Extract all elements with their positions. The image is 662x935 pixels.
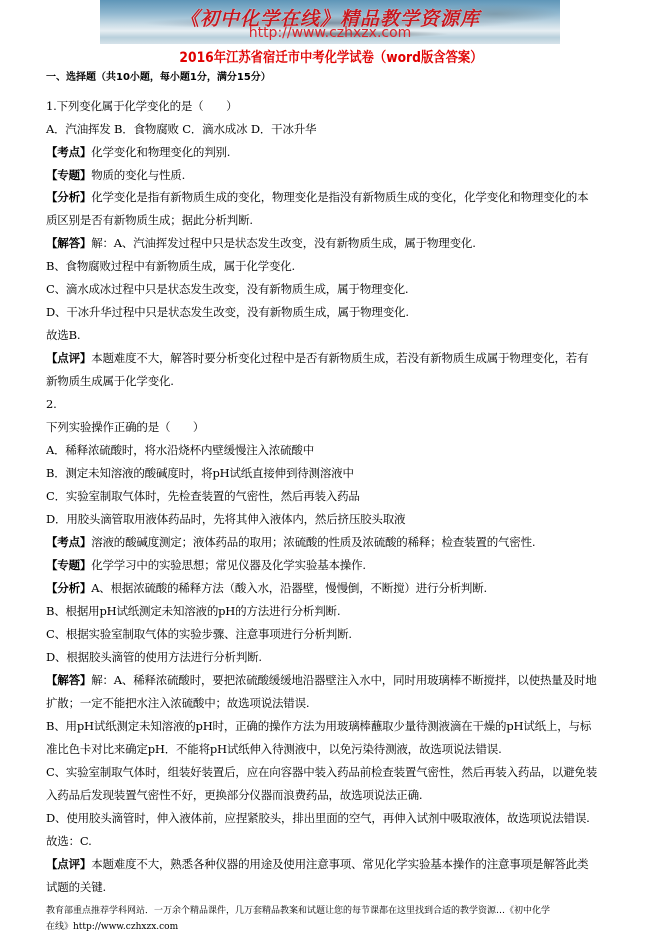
line-text: 2. <box>46 397 57 411</box>
site-banner: 《初中化学在线》精品教学资源库 http://www.czhxzx.com <box>100 0 560 44</box>
line-text: B、用pH试纸测定未知溶液的pH时，正确的操作方法为用玻璃棒蘸取少量待测液滴在干… <box>46 719 591 733</box>
section-tag: 【点评】 <box>46 857 91 871</box>
line-text: 化学变化是指有新物质生成的变化，物理变化是指没有新物质生成的变化，化学变化和物理… <box>91 190 588 204</box>
line-text: C、实验室制取气体时，组装好装置后，应在向容器中装入药品前检查装置气密性，然后再… <box>46 765 597 779</box>
section-tag: 【点评】 <box>46 351 91 365</box>
footer-line-2: 在线》http://www.czhxzx.com <box>46 920 626 934</box>
text-line: 1.下列变化属于化学变化的是（ ） <box>46 98 237 114</box>
line-text: 扩散；一定不能把水注入浓硫酸中；故选项说法错误. <box>46 696 309 710</box>
line-text: 1.下列变化属于化学变化的是（ ） <box>46 99 237 113</box>
document-title: 2016年江苏省宿迁市中考化学试卷（word版含答案） <box>40 47 623 67</box>
section-tag: 【专题】 <box>46 558 91 572</box>
text-line: 质区别是否有新物质生成；据此分析判断. <box>46 212 253 228</box>
text-line: D、干冰升华过程中只是状态发生改变，没有新物质生成，属于物理变化. <box>46 304 409 320</box>
text-line: 下列实验操作正确的是（ ） <box>46 419 204 435</box>
line-text: 故选B. <box>46 328 80 342</box>
line-text: 溶液的酸碱度测定；液体药品的取用；浓硫酸的性质及浓硫酸的稀释；检查装置的气密性. <box>91 535 535 549</box>
line-text: 解：A、汽油挥发过程中只是状态发生改变，没有新物质生成，属于物理变化. <box>91 236 475 250</box>
text-line: C、实验室制取气体时，组装好装置后，应在向容器中装入药品前检查装置气密性，然后再… <box>46 764 597 780</box>
text-line: 入药品后发现装置气密性不好，更换部分仪器而浪费药品，故选项说法正确. <box>46 787 422 803</box>
line-text: 本题难度不大，解答时要分析变化过程中是否有新物质生成，若没有新物质生成属于物理变… <box>91 351 588 365</box>
text-line: 故选B. <box>46 327 80 343</box>
line-text: C、滴水成冰过程中只是状态发生改变，没有新物质生成，属于物理变化. <box>46 282 408 296</box>
line-text: 本题难度不大，熟悉各种仪器的用途及使用注意事项、常见化学实验基本操作的注意事项是… <box>91 857 588 871</box>
text-line: 【分析】化学变化是指有新物质生成的变化，物理变化是指没有新物质生成的变化，化学变… <box>46 189 588 205</box>
line-text: D、根据胶头滴管的使用方法进行分析判断. <box>46 650 262 664</box>
text-line: 【点评】本题难度不大，解答时要分析变化过程中是否有新物质生成，若没有新物质生成属… <box>46 350 588 366</box>
line-text: 新物质生成属于化学变化. <box>46 374 174 388</box>
text-line: 故选：C. <box>46 833 92 849</box>
section-tag: 【专题】 <box>46 168 91 182</box>
text-line: 扩散；一定不能把水注入浓硫酸中；故选项说法错误. <box>46 695 309 711</box>
section-tag: 【解答】 <box>46 673 91 687</box>
line-text: 准比色卡对比来确定pH．不能将pH试纸伸入待测液中，以免污染待测液，故选项说法错… <box>46 742 502 756</box>
text-line: D、使用胶头滴管时，伸入液体前，应捏紧胶头，排出里面的空气，再伸入试剂中吸取液体… <box>46 810 590 826</box>
line-text: 下列实验操作正确的是（ ） <box>46 420 204 434</box>
section-tag: 【分析】 <box>46 581 91 595</box>
section-tag: 【考点】 <box>46 145 91 159</box>
text-line: C、滴水成冰过程中只是状态发生改变，没有新物质生成，属于物理变化. <box>46 281 408 297</box>
text-line: B、食物腐败过程中有新物质生成，属于化学变化. <box>46 258 295 274</box>
line-text: 故选：C. <box>46 834 92 848</box>
line-text: 物质的变化与性质. <box>91 168 185 182</box>
text-line: 【分析】A、根据浓硫酸的稀释方法（酸入水，沿器壁，慢慢倒，不断搅）进行分析判断. <box>46 580 487 596</box>
text-line: B、用pH试纸测定未知溶液的pH时，正确的操作方法为用玻璃棒蘸取少量待测液滴在干… <box>46 718 591 734</box>
line-text: 质区别是否有新物质生成；据此分析判断. <box>46 213 253 227</box>
line-text: C．实验室制取气体时，先检查装置的气密性，然后再装入药品 <box>46 489 360 503</box>
line-text: B、食物腐败过程中有新物质生成，属于化学变化. <box>46 259 295 273</box>
text-line: 【专题】化学学习中的实验思想；常见仪器及化学实验基本操作. <box>46 557 366 573</box>
text-line: 【点评】本题难度不大，熟悉各种仪器的用途及使用注意事项、常见化学实验基本操作的注… <box>46 856 588 872</box>
line-text: A．汽油挥发 B．食物腐败 C．滴水成冰 D．干冰升华 <box>46 122 316 136</box>
line-text: 试题的关键. <box>46 880 106 894</box>
line-text: 入药品后发现装置气密性不好，更换部分仪器而浪费药品，故选项说法正确. <box>46 788 422 802</box>
text-line: 试题的关键. <box>46 879 106 895</box>
text-line: 【考点】化学变化和物理变化的判别. <box>46 144 230 160</box>
text-line: B．测定未知溶液的酸碱度时，将pH试纸直接伸到待测溶液中 <box>46 465 354 481</box>
line-text: 解：A、稀释浓硫酸时，要把浓硫酸缓缓地沿器壁注入水中，同时用玻璃棒不断搅拌，以使… <box>91 673 596 687</box>
line-text: D．用胶头滴管取用液体药品时，先将其伸入液体内，然后挤压胶头取液 <box>46 512 405 526</box>
section-tag: 【分析】 <box>46 190 91 204</box>
line-text: D、使用胶头滴管时，伸入液体前，应捏紧胶头，排出里面的空气，再伸入试剂中吸取液体… <box>46 811 590 825</box>
section-heading: 一、选择题（共10小题，每小题1分，满分15分） <box>46 68 271 83</box>
line-text: B、根据用pH试纸测定未知溶液的pH的方法进行分析判断. <box>46 604 340 618</box>
line-text: A、根据浓硫酸的稀释方法（酸入水，沿器壁，慢慢倒，不断搅）进行分析判断. <box>91 581 487 595</box>
line-text: 化学变化和物理变化的判别. <box>91 145 230 159</box>
line-text: B．测定未知溶液的酸碱度时，将pH试纸直接伸到待测溶液中 <box>46 466 354 480</box>
text-line: A．汽油挥发 B．食物腐败 C．滴水成冰 D．干冰升华 <box>46 121 316 137</box>
text-line: 新物质生成属于化学变化. <box>46 373 174 389</box>
text-line: 2. <box>46 396 57 412</box>
text-line: 【解答】解：A、稀释浓硫酸时，要把浓硫酸缓缓地沿器壁注入水中，同时用玻璃棒不断搅… <box>46 672 597 688</box>
text-line: 【解答】解：A、汽油挥发过程中只是状态发生改变，没有新物质生成，属于物理变化. <box>46 235 476 251</box>
section-tag: 【解答】 <box>46 236 91 250</box>
footer-line-1: 教育部重点推荐学科网站．一万余个精品课件，几万套精品教案和试题让您的每节课都在这… <box>46 904 626 918</box>
line-text: D、干冰升华过程中只是状态发生改变，没有新物质生成，属于物理变化. <box>46 305 409 319</box>
text-line: D．用胶头滴管取用液体药品时，先将其伸入液体内，然后挤压胶头取液 <box>46 511 405 527</box>
text-line: C．实验室制取气体时，先检查装置的气密性，然后再装入药品 <box>46 488 360 504</box>
line-text: A．稀释浓硫酸时，将水沿烧杯内壁缓慢注入浓硫酸中 <box>46 443 314 457</box>
text-line: 【考点】溶液的酸碱度测定；液体药品的取用；浓硫酸的性质及浓硫酸的稀释；检查装置的… <box>46 534 535 550</box>
text-line: B、根据用pH试纸测定未知溶液的pH的方法进行分析判断. <box>46 603 340 619</box>
line-text: C、根据实验室制取气体的实验步骤、注意事项进行分析判断. <box>46 627 352 641</box>
text-line: C、根据实验室制取气体的实验步骤、注意事项进行分析判断. <box>46 626 352 642</box>
text-line: 【专题】物质的变化与性质. <box>46 167 185 183</box>
banner-url[interactable]: http://www.czhxzx.com <box>100 25 560 41</box>
text-line: A．稀释浓硫酸时，将水沿烧杯内壁缓慢注入浓硫酸中 <box>46 442 314 458</box>
text-line: D、根据胶头滴管的使用方法进行分析判断. <box>46 649 262 665</box>
section-tag: 【考点】 <box>46 535 91 549</box>
line-text: 化学学习中的实验思想；常见仪器及化学实验基本操作. <box>91 558 366 572</box>
text-line: 准比色卡对比来确定pH．不能将pH试纸伸入待测液中，以免污染待测液，故选项说法错… <box>46 741 502 757</box>
